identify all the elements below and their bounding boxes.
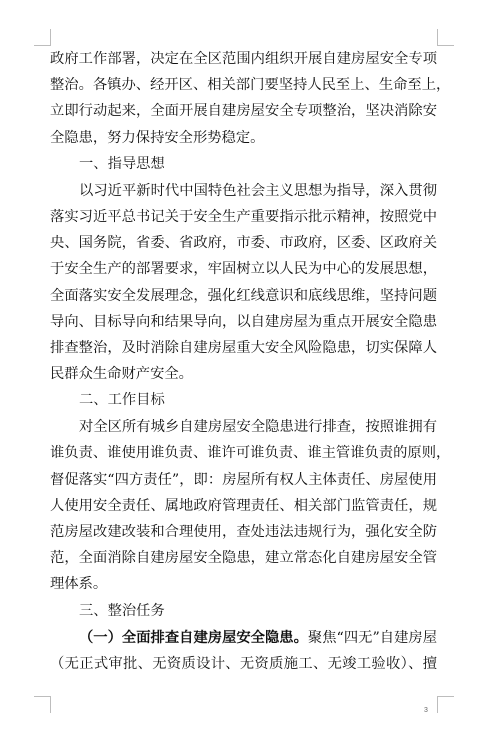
text-line: 央、国务院，省委、省政府，市委、市政府，区委、区政府关: [50, 230, 437, 256]
paragraph-task-one: （一）全面排查自建房屋安全隐患。聚焦“四无”自建房屋 （无正式审批、无资质设计、…: [50, 625, 437, 677]
document-body[interactable]: 政府工作部署，决定在全区范围内组织开展自建房屋安全专项 整治。各镇办、经开区、相…: [50, 46, 437, 677]
margin-corner-mark-top-right: [437, 29, 454, 46]
text-line: 政府工作部署，决定在全区范围内组织开展自建房屋安全专项: [50, 46, 437, 72]
text-line: 整治。各镇办、经开区、相关部门要坚持人民至上、生命至上，: [50, 72, 437, 98]
text-run: 聚焦“四无”自建房屋: [308, 630, 437, 646]
section-heading-rectification-tasks: 三、整治任务: [50, 598, 437, 625]
page-number: 3: [424, 707, 428, 714]
section-heading-work-goals: 二、工作目标: [50, 387, 437, 414]
text-line: 谁负责、谁使用谁负责、谁许可谁负责、谁主管谁负责的原则，: [50, 440, 437, 466]
text-line: 对全区所有城乡自建房屋安全隐患进行排查，按照谁拥有: [50, 414, 437, 440]
subheading-task-one: （一）全面排查自建房屋安全隐患。: [79, 630, 308, 646]
margin-corner-mark-bottom-left: [34, 696, 51, 713]
text-line: 全面落实安全发展理念，强化红线意识和底线思维，坚持问题: [50, 283, 437, 309]
section-heading-guiding-ideology: 一、指导思想: [50, 151, 437, 178]
text-line: 范，全面消除自建房屋安全隐患，建立常态化自建房屋安全管: [50, 545, 437, 571]
paragraph-intro: 政府工作部署，决定在全区范围内组织开展自建房屋安全专项 整治。各镇办、经开区、相…: [50, 46, 437, 151]
text-line: 范房屋改建改装和合理使用，查处违法违规行为，强化安全防: [50, 519, 437, 545]
paragraph-guiding-ideology: 以习近平新时代中国特色社会主义思想为指导，深入贯彻 落实习近平总书记关于安全生产…: [50, 178, 437, 388]
text-line: 督促落实“四方责任”，即：房屋所有权人主体责任、房屋使用: [50, 467, 437, 493]
text-line: 排查整治，及时消除自建房屋重大安全风险隐患，切实保障人: [50, 335, 437, 361]
margin-corner-mark-bottom-right: [437, 696, 454, 713]
text-line: 立即行动起来，全面开展自建房屋安全专项整治，坚决消除安: [50, 98, 437, 124]
text-line: 落实习近平总书记关于安全生产重要指示批示精神，按照党中: [50, 204, 437, 230]
text-line: 民群众生命财产安全。: [50, 361, 437, 387]
text-line: 于安全生产的部署要求，牢固树立以人民为中心的发展思想，: [50, 256, 437, 282]
text-line: 以习近平新时代中国特色社会主义思想为指导，深入贯彻: [50, 178, 437, 204]
text-line: 导向、目标导向和结果导向，以自建房屋为重点开展安全隐患: [50, 309, 437, 335]
text-line: （无正式审批、无资质设计、无资质施工、无竣工验收）、擅: [50, 651, 437, 677]
text-line: 人使用安全责任、属地政府管理责任、相关部门监管责任，规: [50, 493, 437, 519]
paragraph-work-goals: 对全区所有城乡自建房屋安全隐患进行排查，按照谁拥有 谁负责、谁使用谁负责、谁许可…: [50, 414, 437, 597]
text-line: 全隐患，努力保持安全形势稳定。: [50, 125, 437, 151]
text-line: 理体系。: [50, 571, 437, 597]
text-line: （一）全面排查自建房屋安全隐患。聚焦“四无”自建房屋: [50, 625, 437, 651]
margin-corner-mark-top-left: [34, 29, 51, 46]
document-page: 政府工作部署，决定在全区范围内组织开展自建房屋安全专项 整治。各镇办、经开区、相…: [0, 0, 483, 744]
